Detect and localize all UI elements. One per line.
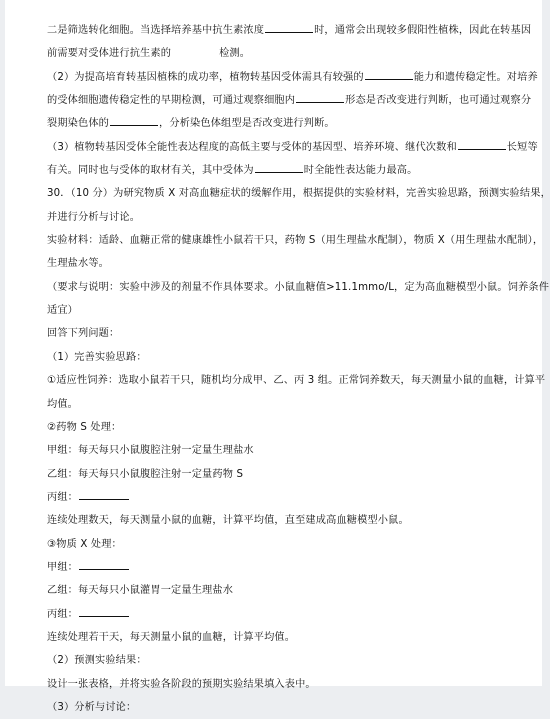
text-line: 前需要对受体进行抗生素的检测。 <box>47 42 507 65</box>
text: 前需要对受体进行抗生素的 <box>47 48 171 59</box>
text-line: 有关。同时也与受体的取材有关，其中受体为时全能性表达能力最高。 <box>47 159 507 182</box>
text: 30．（10 分）为研究物质 X 对高血糖症状的缓解作用，根据提供的实验材料，完… <box>47 188 550 199</box>
answer-blank[interactable] <box>265 22 313 33</box>
step2-title: ②药物 S 处理： <box>47 416 507 439</box>
text-line: 并进行分析与讨论。 <box>47 206 507 229</box>
part1-title: （1）完善实验思路： <box>47 346 507 369</box>
answer-prompt: 回答下列问题： <box>47 322 507 345</box>
text: （要求与说明：实验中涉及的剂量不作具体要求。小鼠血糖值>11.1mmo/L，定为… <box>47 282 549 293</box>
text-line: （2）为提高培育转基因植株的成功率，植物转基因受体需具有较强的能力和遗传稳定性。… <box>47 66 507 89</box>
step3-group-bing: 丙组： <box>47 603 507 626</box>
answer-blank[interactable] <box>110 115 158 126</box>
answer-blank[interactable] <box>79 606 129 617</box>
text: 回答下列问题： <box>47 328 119 339</box>
text: 设计一张表格，并将实验各阶段的预期实验结果填入表中。 <box>47 679 316 686</box>
text: ③物质 X 处理： <box>47 539 122 550</box>
text: 并进行分析与讨论。 <box>47 212 140 223</box>
text: ①适应性饲养：选取小鼠若干只，随机均分成甲、乙、丙 3 组。正常饲养数天，每天测… <box>47 375 545 386</box>
text: 乙组：每天每只小鼠腹腔注射一定量药物 S <box>47 469 243 480</box>
answer-blank[interactable] <box>458 139 506 150</box>
text: 二是筛选转化细胞。当选择培养基中抗生素浓度 <box>47 25 264 36</box>
answer-blank[interactable] <box>79 489 129 500</box>
text: （2）预测实验结果： <box>47 655 147 666</box>
text: 有关。同时也与受体的取材有关，其中受体为 <box>47 165 254 176</box>
text: 实验材料：适龄、血糖正常的健康雄性小鼠若干只，药物 S（用生理盐水配制），物质 … <box>47 235 543 246</box>
text: 乙组：每天每只小鼠灌胃一定量生理盐水 <box>47 585 233 596</box>
text: （3）植物转基因受体全能性表达程度的高低主要与受体的基因型、培养环境、继代次数和 <box>47 142 457 153</box>
part2-title: （2）预测实验结果： <box>47 649 507 672</box>
document-content: 二是筛选转化细胞。当选择培养基中抗生素浓度时，通常会出现较多假阳性植株，因此在转… <box>47 19 507 686</box>
step2-group-yi: 乙组：每天每只小鼠腹腔注射一定量药物 S <box>47 463 507 486</box>
requirements-line: （要求与说明：实验中涉及的剂量不作具体要求。小鼠血糖值>11.1mmo/L，定为… <box>47 276 507 299</box>
step3-group-jia: 甲组： <box>47 556 507 579</box>
question-30-intro: 30．（10 分）为研究物质 X 对高血糖症状的缓解作用，根据提供的实验材料，完… <box>47 182 507 205</box>
part2-body: 设计一张表格，并将实验各阶段的预期实验结果填入表中。 <box>47 673 507 686</box>
step3-title: ③物质 X 处理： <box>47 533 507 556</box>
text: 形态是否改变进行判断，也可通过观察分 <box>345 95 531 106</box>
text: 均值。 <box>47 399 78 410</box>
answer-blank[interactable] <box>255 162 303 173</box>
answer-blank[interactable] <box>365 69 413 80</box>
step1-line: ①适应性饲养：选取小鼠若干只，随机均分成甲、乙、丙 3 组。正常饲养数天，每天测… <box>47 369 507 392</box>
step3-summary: 连续处理若干天，每天测量小鼠的血糖，计算平均值。 <box>47 626 507 649</box>
text: 适宜） <box>47 305 78 316</box>
step2-summary: 连续处理数天，每天测量小鼠的血糖，计算平均值，直至建成高血糖模型小鼠。 <box>47 509 507 532</box>
step2-group-jia: 甲组：每天每只小鼠腹腔注射一定量生理盐水 <box>47 439 507 462</box>
text: 的受体细胞遗传稳定性的早期检测，可通过观察细胞内 <box>47 95 295 106</box>
text: 能力和遗传稳定性。对培养 <box>414 72 538 83</box>
text-line: 适宜） <box>47 299 507 322</box>
step3-group-yi: 乙组：每天每只小鼠灌胃一定量生理盐水 <box>47 579 507 602</box>
text-line: 的受体细胞遗传稳定性的早期检测，可通过观察细胞内形态是否改变进行判断，也可通过观… <box>47 89 507 112</box>
text: 甲组：每天每只小鼠腹腔注射一定量生理盐水 <box>47 445 254 456</box>
text-line: 生理盐水等。 <box>47 252 507 275</box>
text: ②药物 S 处理： <box>47 422 121 433</box>
text: 生理盐水等。 <box>47 258 109 269</box>
text: （1）完善实验思路： <box>47 352 147 363</box>
text: 长短等 <box>507 142 538 153</box>
answer-blank[interactable] <box>79 559 129 570</box>
text: 连续处理若干天，每天测量小鼠的血糖，计算平均值。 <box>47 632 295 643</box>
text: 甲组： <box>47 562 78 573</box>
text: ，分析染色体组型是否改变进行判断。 <box>159 118 335 129</box>
step2-group-bing: 丙组： <box>47 486 507 509</box>
text: 时，通常会出现较多假阳性植株，因此在转基因 <box>314 25 531 36</box>
text-line: 裂期染色体的，分析染色体组型是否改变进行判断。 <box>47 112 507 135</box>
answer-blank[interactable] <box>296 92 344 103</box>
document-page: 二是筛选转化细胞。当选择培养基中抗生素浓度时，通常会出现较多假阳性植株，因此在转… <box>5 0 542 686</box>
text: 丙组： <box>47 609 78 620</box>
text: 连续处理数天，每天测量小鼠的血糖，计算平均值，直至建成高血糖模型小鼠。 <box>47 515 409 526</box>
materials-line: 实验材料：适龄、血糖正常的健康雄性小鼠若干只，药物 S（用生理盐水配制），物质 … <box>47 229 507 252</box>
text-line: （3）植物转基因受体全能性表达程度的高低主要与受体的基因型、培养环境、继代次数和… <box>47 136 507 159</box>
text: 检测。 <box>219 48 250 59</box>
text: 裂期染色体的 <box>47 118 109 129</box>
text: 丙组： <box>47 492 78 503</box>
text: （2）为提高培育转基因植株的成功率，植物转基因受体需具有较强的 <box>47 72 364 83</box>
text: 时全能性表达能力最高。 <box>304 165 418 176</box>
text-line: 均值。 <box>47 393 507 416</box>
text-line: 二是筛选转化细胞。当选择培养基中抗生素浓度时，通常会出现较多假阳性植株，因此在转… <box>47 19 507 42</box>
